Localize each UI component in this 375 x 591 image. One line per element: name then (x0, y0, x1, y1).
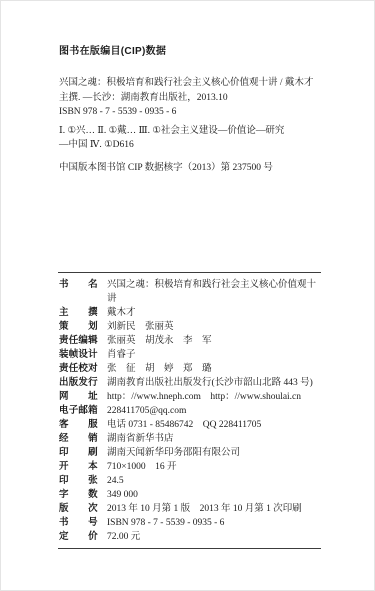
row-label: 印 张 (59, 474, 99, 488)
row-label: 客 服 (59, 418, 99, 432)
row-value: 肖睿子 (107, 348, 321, 362)
row-label: 责任编辑 (59, 334, 99, 348)
row-value: 349 000 (107, 488, 321, 502)
row-label: 开 本 (59, 460, 99, 474)
row-label: 主 撰 (59, 306, 99, 320)
colophon-row-distribution: 经 销湖南省新华书店 (59, 432, 321, 446)
colophon-row-email: 电子邮箱228411705@qq.com (59, 404, 321, 418)
colophon-row-word-count: 字 数349 000 (59, 488, 321, 502)
colophon-row-title: 书 名兴国之魂：积极培育和践行社会主义核心价值观十讲 (59, 278, 321, 306)
colophon-row-format: 开 本710×1000 16 开 (59, 460, 321, 474)
cip-record-number: 中国版本图书馆 CIP 数据核字（2013）第 237500 号 (59, 161, 323, 175)
colophon-row-edition: 版 次2013 年 10 月第 1 版 2013 年 10 月第 1 次印刷 (59, 502, 321, 516)
row-value: 228411705@qq.com (107, 404, 321, 418)
row-label: 电子邮箱 (59, 404, 99, 418)
colophon-block: 书 名兴国之魂：积极培育和践行社会主义核心价值观十讲 主 撰戴木才 策 划刘新民… (58, 272, 321, 549)
row-value: 72.00 元 (107, 530, 321, 544)
row-label: 策 划 (59, 320, 99, 334)
divider-bottom (58, 548, 321, 549)
cip-entry-line: 兴国之魂：积极培育和践行社会主义核心价值观十讲 / 戴木才 (59, 76, 323, 90)
colophon-row-planning: 策 划刘新民 张丽英 (59, 320, 321, 334)
colophon-row-publisher: 出版发行湖南教育出版社出版发行(长沙市韶山北路 443 号) (59, 376, 321, 390)
colophon-row-website: 网 址http：//www.hneph.com http：//www.shoul… (59, 390, 321, 404)
cip-header: 图书在版编目(CIP)数据 (59, 45, 323, 59)
cip-data-block: 图书在版编目(CIP)数据 兴国之魂：积极培育和践行社会主义核心价值观十讲 / … (59, 45, 323, 175)
row-value: 刘新民 张丽英 (107, 320, 321, 334)
row-value: 24.5 (107, 474, 321, 488)
row-value: 电话 0731 - 85486742 QQ 228411705 (107, 418, 321, 432)
cip-classification-line: —中国 Ⅳ. ①D616 (59, 138, 323, 152)
row-label: 出版发行 (59, 376, 99, 390)
colophon-row-isbn: 书 号ISBN 978 - 7 - 5539 - 0935 - 6 (59, 516, 321, 530)
colophon-row-proofreaders: 责任校对张 征 胡 婷 郑 璐 (59, 362, 321, 376)
row-label: 责任校对 (59, 362, 99, 376)
row-value: 湖南省新华书店 (107, 432, 321, 446)
row-value: 湖南教育出版社出版发行(长沙市韶山北路 443 号) (107, 376, 321, 390)
cip-isbn-line: ISBN 978 - 7 - 5539 - 0935 - 6 (59, 105, 323, 119)
row-label: 经 销 (59, 432, 99, 446)
row-value: ISBN 978 - 7 - 5539 - 0935 - 6 (107, 516, 321, 530)
row-value: 湖南天闻新华印务邵阳有限公司 (107, 446, 321, 460)
row-label: 字 数 (59, 488, 99, 502)
row-label: 书 名 (59, 278, 99, 292)
row-label: 定 价 (59, 530, 99, 544)
cip-classification-line: Ⅰ. ①兴… Ⅱ. ①戴… Ⅲ. ①社会主义建设—价值论—研究 (59, 124, 323, 138)
row-label: 版 次 (59, 502, 99, 516)
book-copyright-page: 图书在版编目(CIP)数据 兴国之魂：积极培育和践行社会主义核心价值观十讲 / … (0, 0, 375, 591)
colophon-rows: 书 名兴国之魂：积极培育和践行社会主义核心价值观十讲 主 撰戴木才 策 划刘新民… (58, 273, 321, 548)
cip-entry: 兴国之魂：积极培育和践行社会主义核心价值观十讲 / 戴木才 主撰. —长沙：湖南… (59, 76, 323, 119)
row-value: 710×1000 16 开 (107, 460, 321, 474)
colophon-row-design: 装帧设计肖睿子 (59, 348, 321, 362)
cip-classification: Ⅰ. ①兴… Ⅱ. ①戴… Ⅲ. ①社会主义建设—价值论—研究 —中国 Ⅳ. ①… (59, 124, 323, 153)
colophon-row-chief-author: 主 撰戴木才 (59, 306, 321, 320)
colophon-row-price: 定 价72.00 元 (59, 530, 321, 544)
row-label: 书 号 (59, 516, 99, 530)
row-value: 兴国之魂：积极培育和践行社会主义核心价值观十讲 (107, 278, 321, 306)
row-value: 戴木才 (107, 306, 321, 320)
colophon-row-editors: 责任编辑张丽英 胡茂永 李 军 (59, 334, 321, 348)
cip-entry-line: 主撰. —长沙：湖南教育出版社，2013.10 (59, 91, 323, 105)
row-label: 印 刷 (59, 446, 99, 460)
colophon-row-customer-service: 客 服电话 0731 - 85486742 QQ 228411705 (59, 418, 321, 432)
row-label: 装帧设计 (59, 348, 99, 362)
row-label: 网 址 (59, 390, 99, 404)
row-value: 2013 年 10 月第 1 版 2013 年 10 月第 1 次印刷 (107, 502, 321, 516)
row-value: 张丽英 胡茂永 李 军 (107, 334, 321, 348)
row-value: 张 征 胡 婷 郑 璐 (107, 362, 321, 376)
colophon-row-sheets: 印 张24.5 (59, 474, 321, 488)
row-value: http：//www.hneph.com http：//www.shoulai.… (107, 390, 321, 404)
colophon-row-printer: 印 刷湖南天闻新华印务邵阳有限公司 (59, 446, 321, 460)
